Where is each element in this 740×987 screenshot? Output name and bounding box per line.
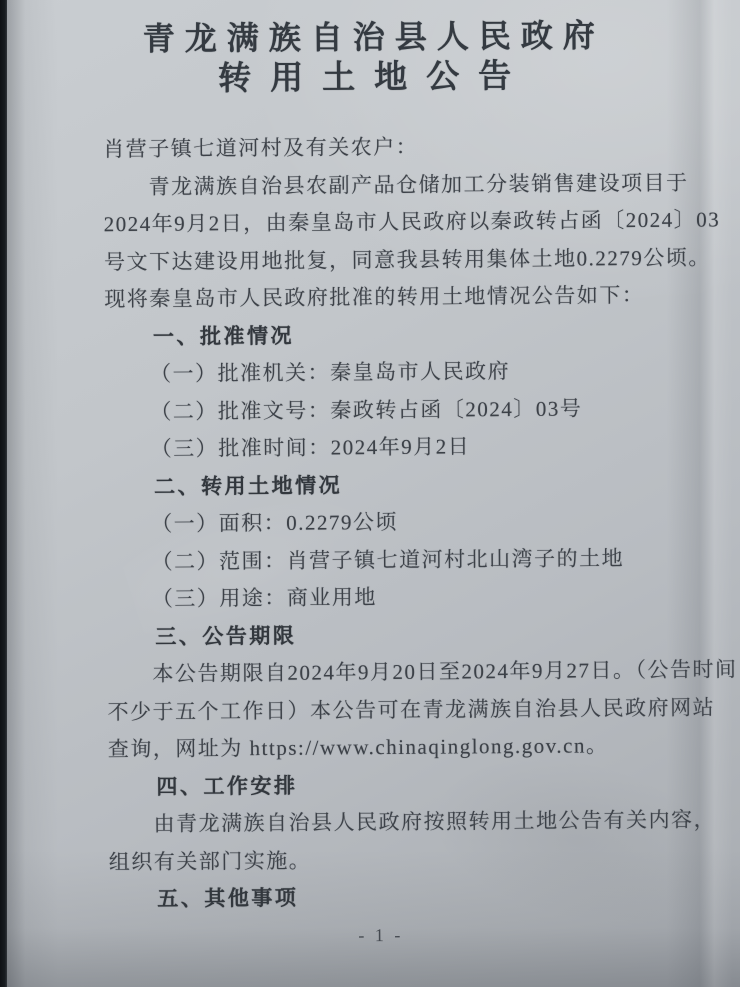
section-4-line-2: 组织有关部门实施。 xyxy=(109,839,713,881)
intro-line-3: 号文下达建设用地批复，同意我县转用集体土地0.2279公顷。 xyxy=(104,239,708,281)
section-3-line-1: 本公告期限自2024年9月20日至2024年9月27日。（公告时间 xyxy=(107,651,711,693)
title-line-1: 青龙满族自治县人民政府 xyxy=(7,14,740,60)
section-3-line-2: 不少于五个工作日）本公告可在青龙满族自治县人民政府网站 xyxy=(107,689,711,731)
intro-line-2: 2024年9月2日，由秦皇岛市人民政府以秦政转占函〔2024〕03 xyxy=(104,201,708,243)
title-line-2: 转用土地公告 xyxy=(7,54,740,102)
section-2-heading: 二、转用土地情况 xyxy=(106,464,710,506)
intro-line-1: 青龙满族自治县农副产品仓储加工分装销售建设项目于 xyxy=(103,164,707,206)
section-3-line-3: 查询，网址为 https://www.chinaqinglong.gov.cn。 xyxy=(108,726,712,768)
section-2-item-1: （一）面积：0.2279公顷 xyxy=(106,501,710,543)
document-paper-page: 青龙满族自治县人民政府 转用土地公告 肖营子镇七道河村及有关农户： 青龙满族自治… xyxy=(7,0,740,987)
section-3-heading: 三、公告期限 xyxy=(107,614,711,656)
section-2-item-2: （二）范围：肖营子镇七道河村北山湾子的土地 xyxy=(106,539,710,581)
page-number: - 1 - xyxy=(14,914,740,957)
section-1-heading: 一、批准情况 xyxy=(104,314,708,356)
section-1-item-3: （三）批准时间：2024年9月2日 xyxy=(105,426,709,468)
section-1-item-2: （二）批准文号：秦政转占函〔2024〕03号 xyxy=(105,389,709,431)
salutation: 肖营子镇七道河村及有关农户： xyxy=(103,126,707,168)
section-5-heading: 五、其他事项 xyxy=(109,876,713,918)
section-1-item-1: （一）批准机关：秦皇岛市人民政府 xyxy=(105,351,709,393)
section-2-item-3: （三）用途：商业用地 xyxy=(107,576,711,618)
document-title: 青龙满族自治县人民政府 转用土地公告 xyxy=(7,14,740,102)
section-4-line-1: 由青龙满族自治县人民政府按照转用土地公告有关内容， xyxy=(108,801,712,843)
document-body: 肖营子镇七道河村及有关农户： 青龙满族自治县农副产品仓储加工分装销售建设项目于 … xyxy=(8,126,740,919)
section-4-heading: 四、工作安排 xyxy=(108,764,712,806)
document-content: 青龙满族自治县人民政府 转用土地公告 肖营子镇七道河村及有关农户： 青龙满族自治… xyxy=(7,0,740,957)
intro-line-4: 现将秦皇岛市人民政府批准的转用土地情况公告如下： xyxy=(104,276,708,318)
